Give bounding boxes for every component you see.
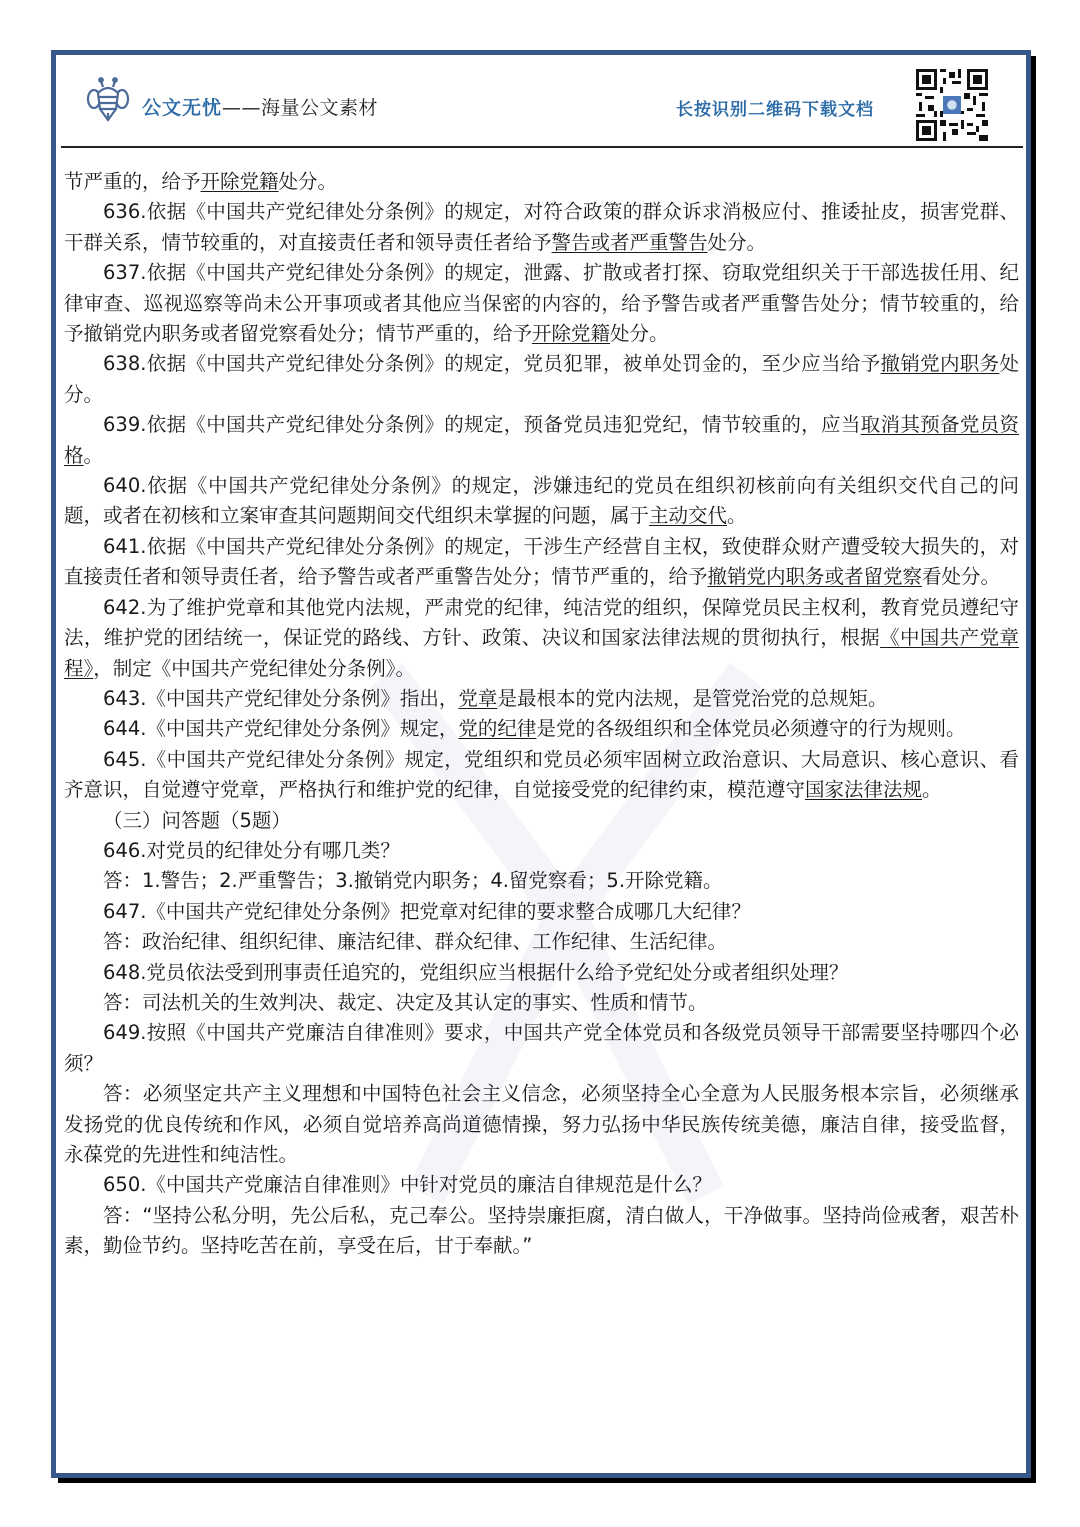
paragraph-642: 642.为了维护党章和其他党内法规，严肃党的纪律，纯洁党的组织，保障党员民主权利… [64,593,1019,684]
text-span: 636.依据《中国共产党纪律处分条例》的规定，对符合政策的群众诉求消极应付、推诿… [64,200,1019,253]
paragraph-635-tail: 节严重的，给予开除党籍处分。 [64,167,1019,197]
paragraph-646-a: 答：1.警告；2.严重警告；3.撤销党内职务；4.留党察看；5.开除党籍。 [64,866,1019,896]
document-page: 公文无忧——海量公文素材 长按识别二维码下载文档 [51,50,1031,1478]
header-divider [61,146,1023,148]
paragraph-641: 641.依据《中国共产党纪律处分条例》的规定，干涉生产经营自主权，致使群众财产遭… [64,532,1019,593]
text-span: 是最根本的党内法规，是管党治党的总规矩。 [497,687,887,710]
page-header: 公文无忧——海量公文素材 长按识别二维码下载文档 [56,55,1026,147]
text-span: 处分。 [279,170,338,193]
underlined-answer: 撤销党内职务或者留党察 [708,565,923,588]
text-span: 处分。 [708,231,767,254]
paragraph-650-q: 650.《中国共产党廉洁自律准则》中针对党员的廉洁自律规范是什么？ [64,1170,1019,1200]
text-span: 647.《中国共产党纪律处分条例》把党章对纪律的要求整合成哪几大纪律？ [103,900,751,923]
text-span: 644.《中国共产党纪律处分条例》规定， [103,717,458,740]
document-body: 节严重的，给予开除党籍处分。636.依据《中国共产党纪律处分条例》的规定，对符合… [64,167,1019,1262]
text-span: 答：必须坚定共产主义理想和中国特色社会主义信念，必须坚持全心全意为人民服务根本宗… [64,1082,1019,1166]
brand-title: 公文无忧——海量公文素材 [142,93,378,120]
text-span: 649.按照《中国共产党廉洁自律准则》要求，中国共产党全体党员和各级党员领导干部… [64,1021,1019,1074]
paragraph-644: 644.《中国共产党纪律处分条例》规定，党的纪律是党的各级组织和全体党员必须遵守… [64,714,1019,744]
paragraph-643: 643.《中国共产党纪律处分条例》指出，党章是最根本的党内法规，是管党治党的总规… [64,684,1019,714]
paragraph-645: 645.《中国共产党纪律处分条例》规定，党组织和党员必须牢固树立政治意识、大局意… [64,745,1019,806]
paragraph-640: 640.依据《中国共产党纪律处分条例》的规定，涉嫌违纪的党员在组织初核前向有关组… [64,471,1019,532]
brand-tagline: ——海量公文素材 [222,97,378,119]
text-span: 640.依据《中国共产党纪律处分条例》的规定，涉嫌违纪的党员在组织初核前向有关组… [64,474,1019,527]
text-span: 是党的各级组织和全体党员必须遵守的行为规则。 [536,717,965,740]
brand-name: 公文无忧 [142,97,222,119]
paragraph-649-q: 649.按照《中国共产党廉洁自律准则》要求，中国共产党全体党员和各级党员领导干部… [64,1018,1019,1079]
paragraph-648-q: 648.党员依法受到刑事责任追究的，党组织应当根据什么给予党纪处分或者组织处理？ [64,958,1019,988]
text-span: 答：“坚持公私分明，先公后私，克己奉公。坚持崇廉拒腐，清白做人，干净做事。坚持尚… [64,1204,1019,1257]
text-span: 。 [84,444,104,467]
paragraph-647-q: 647.《中国共产党纪律处分条例》把党章对纪律的要求整合成哪几大纪律？ [64,897,1019,927]
paragraph-639: 639.依据《中国共产党纪律处分条例》的规定，预备党员违犯党纪，情节较重的，应当… [64,410,1019,471]
paragraph-647-a: 答：政治纪律、组织纪律、廉洁纪律、群众纪律、工作纪律、生活纪律。 [64,927,1019,957]
text-span: 642.为了维护党章和其他党内法规，严肃党的纪律，纯洁党的组织，保障党员民主权利… [64,596,1019,649]
text-span: 答：司法机关的生效判决、裁定、决定及其认定的事实、性质和情节。 [103,991,708,1014]
underlined-answer: 党章 [458,687,497,710]
qr-code-icon[interactable] [916,69,988,141]
text-span: 650.《中国共产党廉洁自律准则》中针对党员的廉洁自律规范是什么？ [103,1173,712,1196]
paragraph-650-a: 答：“坚持公私分明，先公后私，克己奉公。坚持崇廉拒腐，清白做人，干净做事。坚持尚… [64,1201,1019,1262]
paragraph-637: 637.依据《中国共产党纪律处分条例》的规定，泄露、扩散或者打探、窃取党组织关于… [64,258,1019,349]
text-span: 节严重的，给予 [64,170,201,193]
paragraph-646-q: 646.对党员的纪律处分有哪几类？ [64,836,1019,866]
bee-icon [86,77,130,123]
paragraph-649-a: 答：必须坚定共产主义理想和中国特色社会主义信念，必须坚持全心全意为人民服务根本宗… [64,1079,1019,1170]
underlined-answer: 开除党籍 [532,322,610,345]
text-span: 处分。 [610,322,669,345]
qr-download-prompt: 长按识别二维码下载文档 [676,95,874,120]
text-span: 。 [727,504,747,527]
text-span: 648.党员依法受到刑事责任追究的，党组织应当根据什么给予党纪处分或者组织处理？ [103,961,848,984]
paragraph-648-a: 答：司法机关的生效判决、裁定、决定及其认定的事实、性质和情节。 [64,988,1019,1018]
underlined-answer: 警告或者严重警告 [552,231,708,254]
underlined-answer: 开除党籍 [201,170,279,193]
text-span: 646.对党员的纪律处分有哪几类？ [103,839,400,862]
text-span: 答：政治纪律、组织纪律、廉洁纪律、群众纪律、工作纪律、生活纪律。 [103,930,727,953]
text-span: 。 [922,778,942,801]
underlined-answer: 撤销党内职务 [880,352,999,375]
underlined-answer: 党的纪律 [458,717,536,740]
underlined-answer: 国家法律法规 [805,778,922,801]
text-span: 643.《中国共产党纪律处分条例》指出， [103,687,458,710]
paragraph-636: 636.依据《中国共产党纪律处分条例》的规定，对符合政策的群众诉求消极应付、推诿… [64,197,1019,258]
section-heading: （三）问答题（5题） [64,806,1019,836]
underlined-answer: 主动交代 [649,504,727,527]
text-span: 看处分。 [922,565,1000,588]
text-span: （三）问答题（5题） [103,809,291,832]
paragraph-638: 638.依据《中国共产党纪律处分条例》的规定，党员犯罪，被单处罚金的，至少应当给… [64,349,1019,410]
text-span: ，制定《中国共产党纪律处分条例》。 [93,657,415,680]
text-span: 答：1.警告；2.严重警告；3.撤销党内职务；4.留党察看；5.开除党籍。 [103,869,723,892]
text-span: 638.依据《中国共产党纪律处分条例》的规定，党员犯罪，被单处罚金的，至少应当给… [103,352,880,375]
text-span: 639.依据《中国共产党纪律处分条例》的规定，预备党员违犯党纪，情节较重的，应当 [103,413,861,436]
